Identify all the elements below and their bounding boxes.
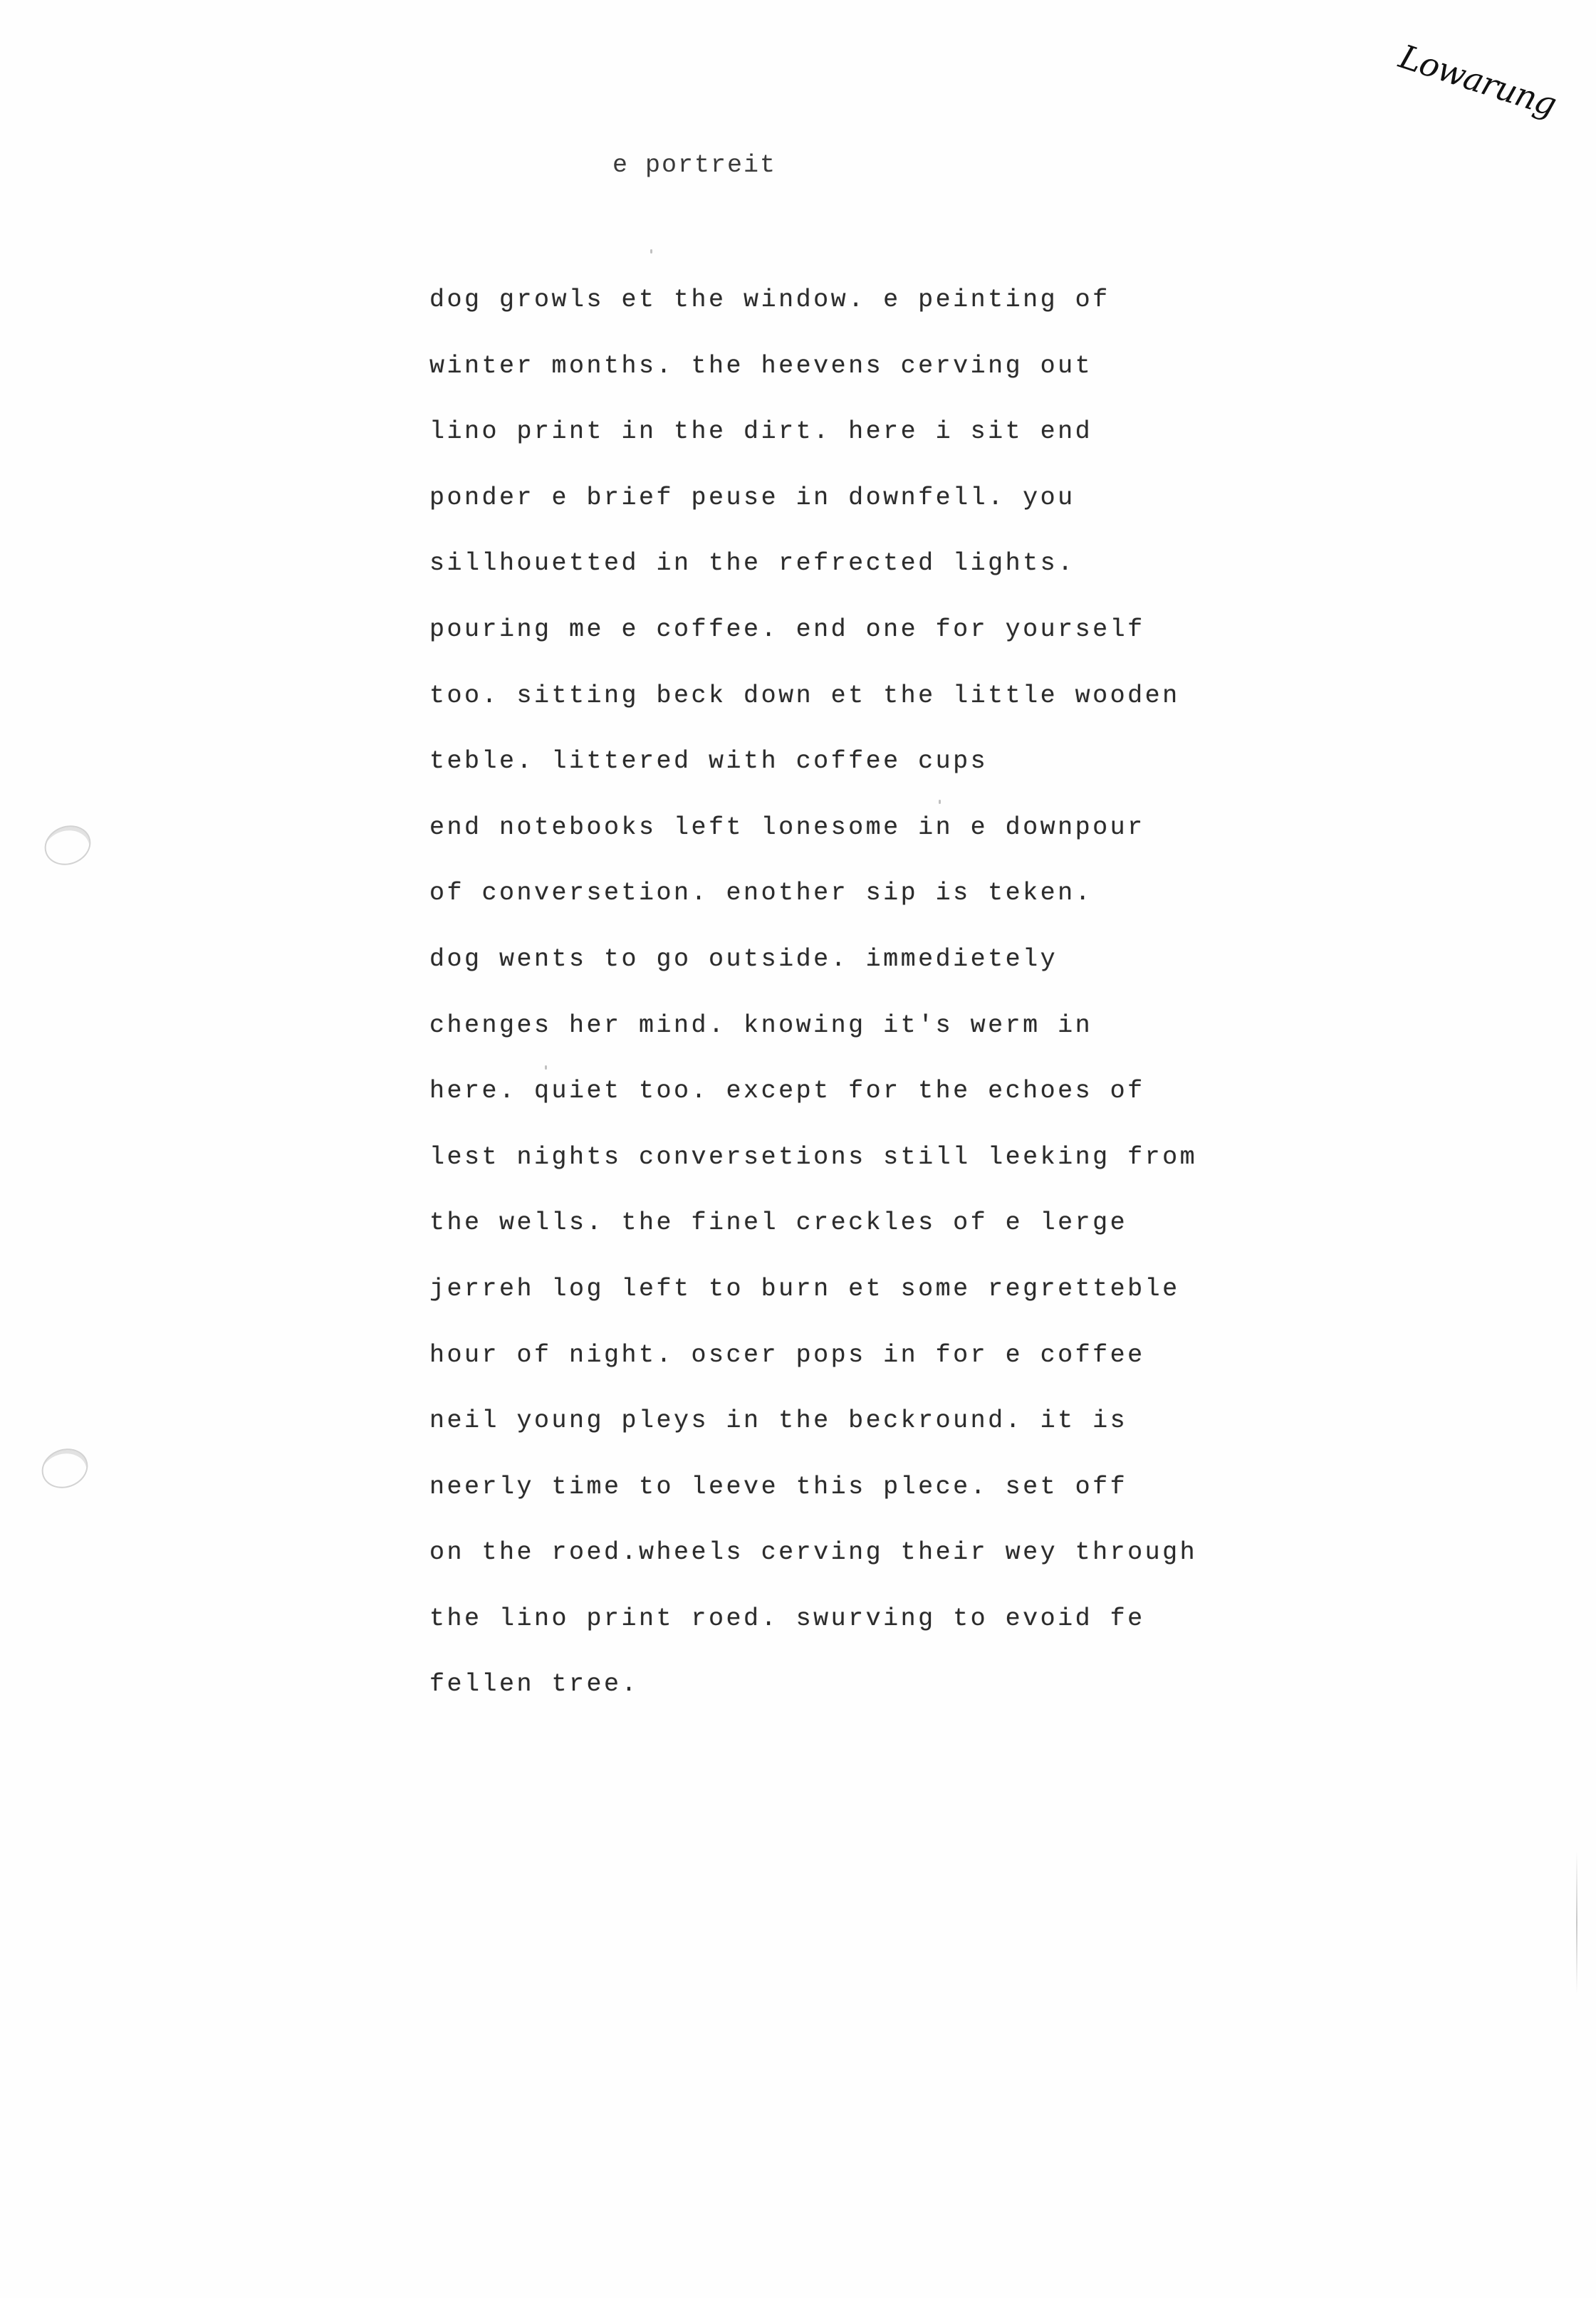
- poem-line: the lino print roed. swurving to evoid f…: [429, 1602, 1197, 1635]
- poem-line: on the roed.wheels cerving their wey thr…: [429, 1536, 1197, 1569]
- poem-line: too. sitting beck down et the little woo…: [429, 679, 1197, 712]
- typewritten-page: Lowarung e portreit dog growls et the wi…: [0, 0, 1596, 2298]
- poem-line: end notebooks left lonesome in e downpou…: [429, 811, 1197, 844]
- page-edge-mark: [1576, 1852, 1577, 1994]
- poem-line: neil young pleys in the beckround. it is: [429, 1404, 1197, 1437]
- poem-line: dog growls et the window. e peinting of: [429, 283, 1197, 316]
- poem-line: hour of night. oscer pops in for e coffe…: [429, 1339, 1197, 1372]
- poem-line: sillhouetted in the refrected lights.: [429, 547, 1197, 580]
- poem-line: here. quiet too. except for the echoes o…: [429, 1075, 1197, 1107]
- handwritten-annotation: Lowarung: [1394, 37, 1560, 124]
- punch-hole-mark: [39, 819, 96, 871]
- poem-line: lino print in the dirt. here i sit end: [429, 415, 1197, 448]
- poem-title: e portreit: [612, 151, 776, 179]
- poem-line: fellen tree.: [429, 1668, 1197, 1701]
- poem-line: lest nights conversetions still leeking …: [429, 1141, 1197, 1174]
- paper-speck: [545, 1065, 547, 1070]
- punch-hole-mark: [36, 1442, 93, 1494]
- poem-line: the wells. the finel creckles of e lerge: [429, 1206, 1197, 1239]
- poem-line: winter months. the heevens cerving out: [429, 350, 1197, 382]
- poem-line: dog wents to go outside. immedietely: [429, 943, 1197, 976]
- poem-line: teble. littered with coffee cups: [429, 745, 1197, 778]
- paper-speck: [939, 800, 941, 804]
- poem-line: neerly time to leeve this plece. set off: [429, 1471, 1197, 1503]
- poem-line: jerreh log left to burn et some regrette…: [429, 1273, 1197, 1305]
- paper-speck: [650, 249, 652, 254]
- poem-body: dog growls et the window. e peinting of …: [429, 283, 1197, 1734]
- poem-line: pouring me e coffee. end one for yoursel…: [429, 613, 1197, 646]
- poem-line: ponder e brief peuse in downfell. you: [429, 481, 1197, 514]
- poem-line: of conversetion. enother sip is teken.: [429, 877, 1197, 909]
- poem-line: chenges her mind. knowing it's werm in: [429, 1009, 1197, 1042]
